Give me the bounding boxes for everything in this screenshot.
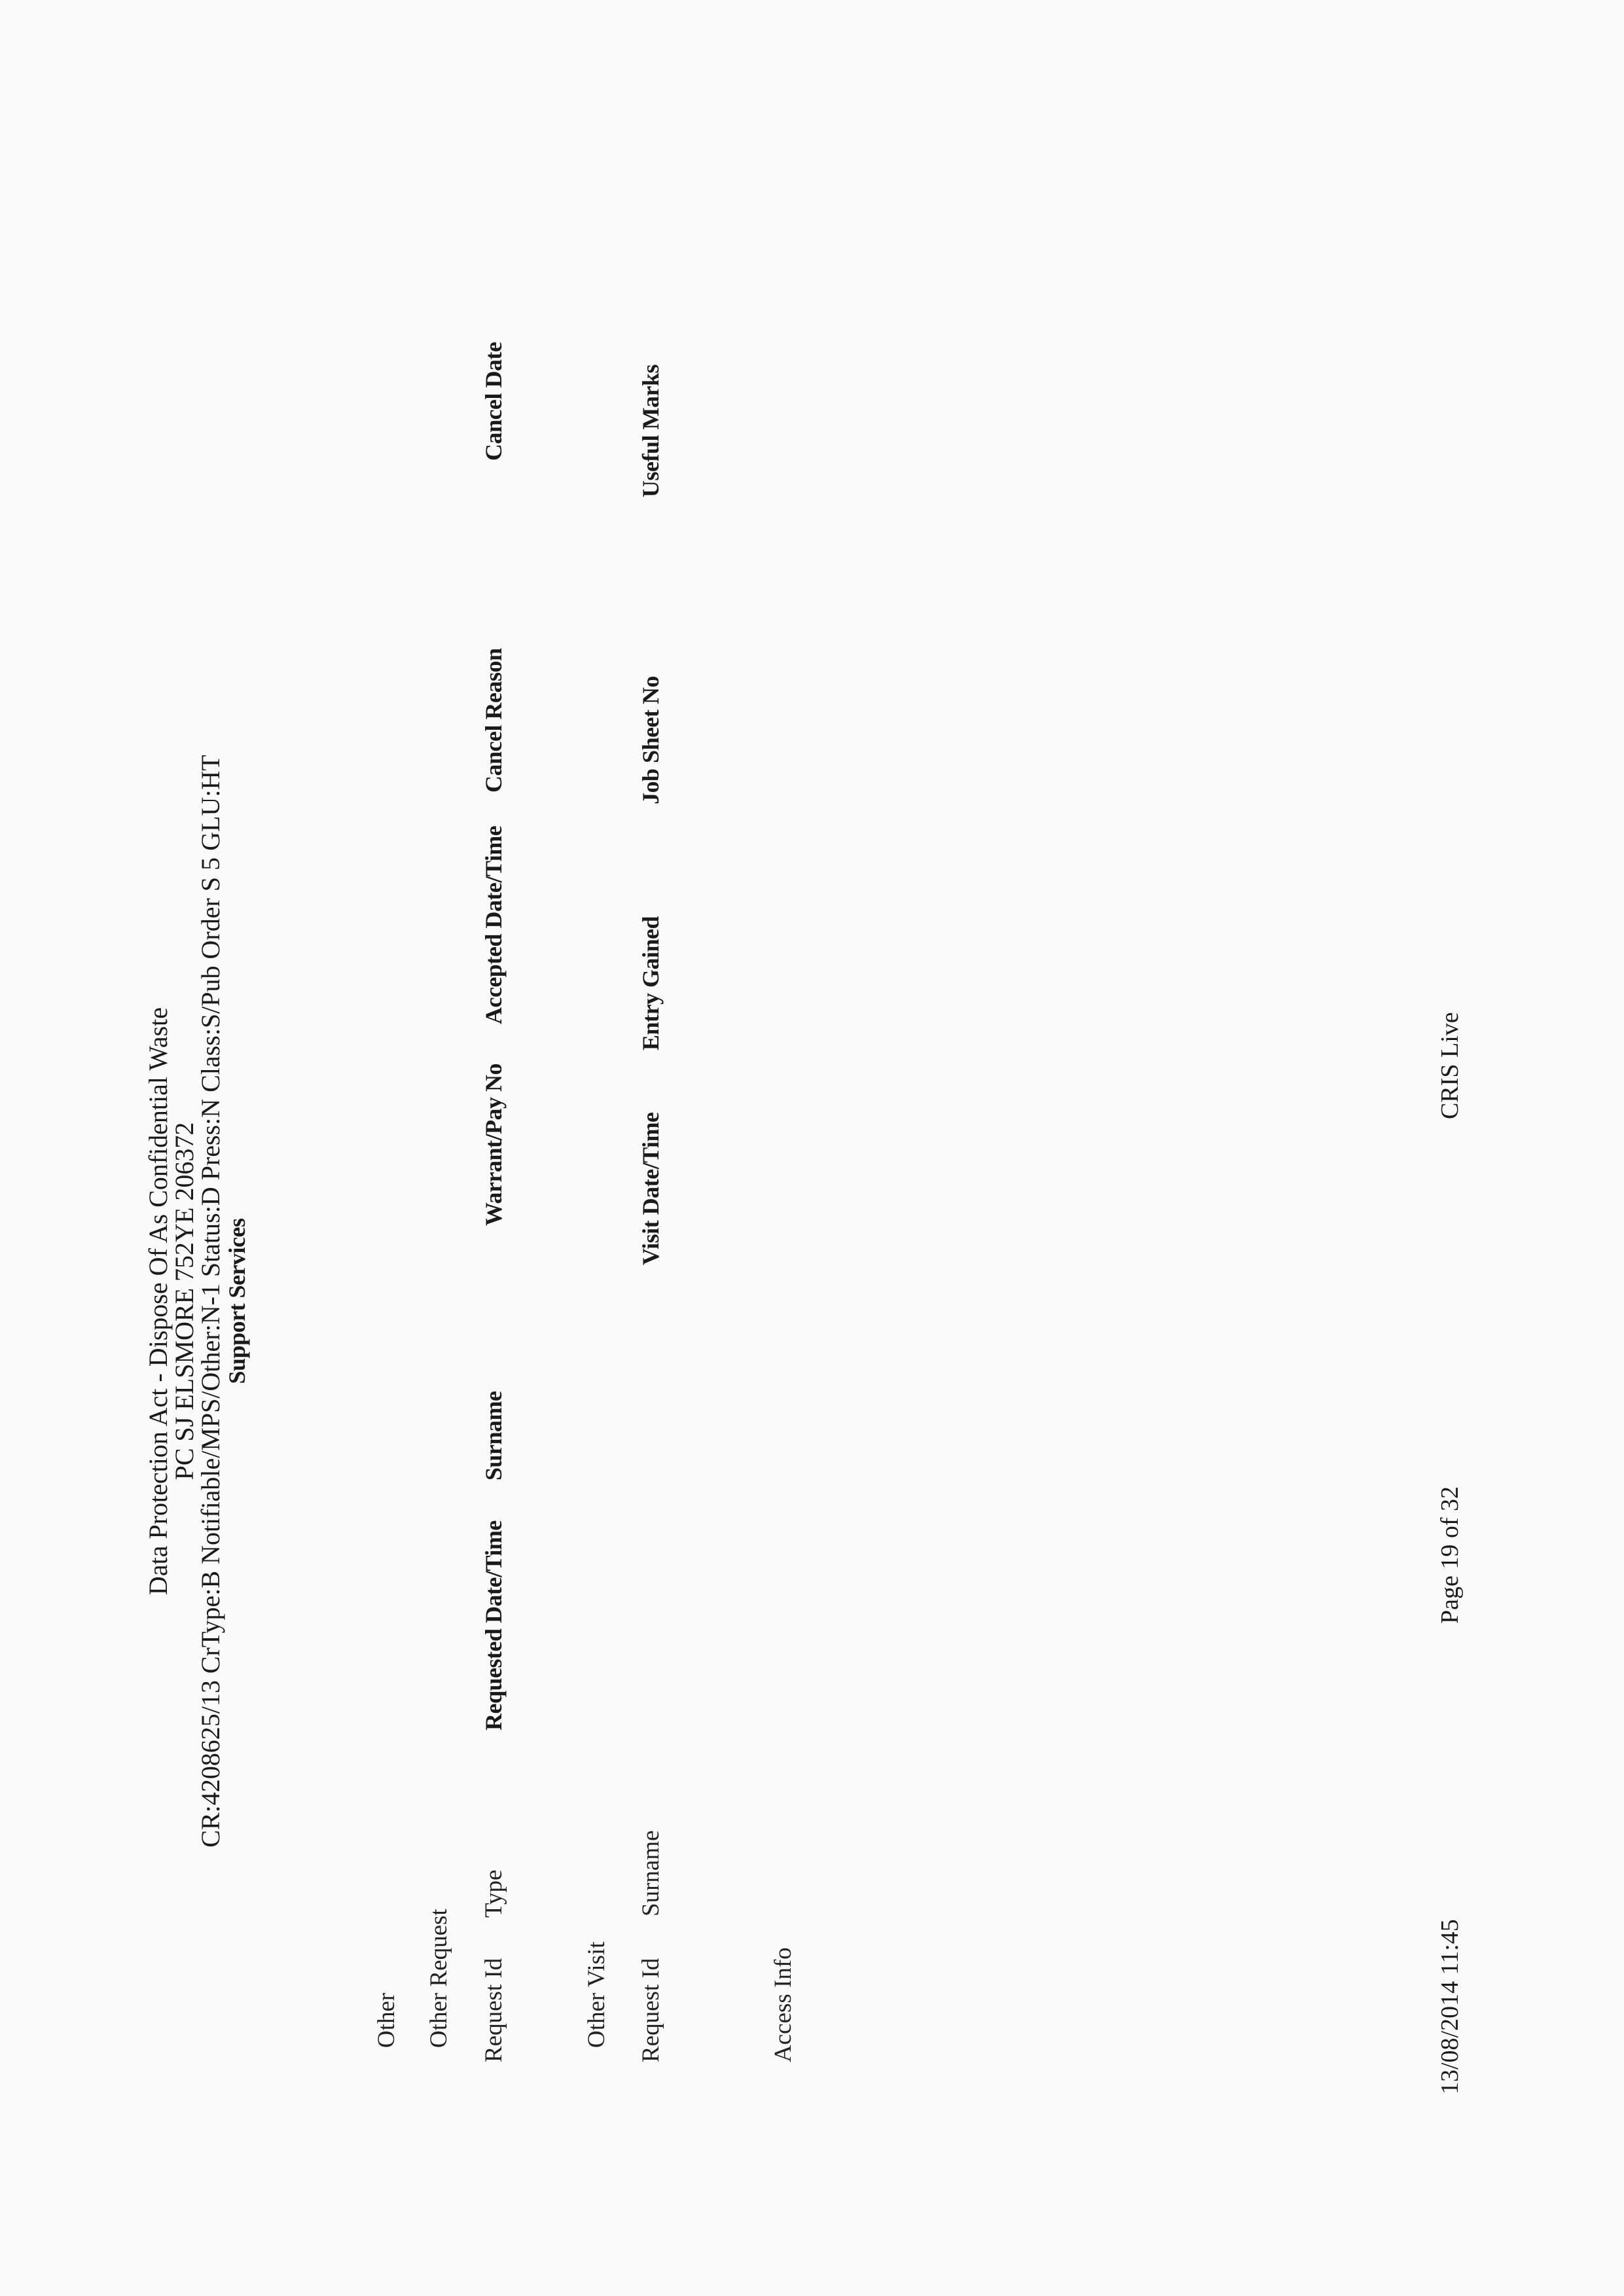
col-cancel-date: Cancel Date [482, 342, 505, 461]
col-job-sheet-no: Job Sheet No [639, 676, 662, 804]
section-other-visit: Other Visit [585, 1941, 609, 2048]
col-visit-surname: Surname [639, 1830, 663, 1916]
col-warrant-pay-no: Warrant/Pay No [482, 1064, 505, 1226]
col-request-id: Request Id [482, 1958, 506, 2062]
footer-page-number: Page 19 of 32 [1437, 1486, 1462, 1624]
col-accepted-datetime: Accepted Date/Time [482, 826, 505, 1024]
crime-reference-line: CR:4208625/13 CrType:B Notifiable/MPS/Ot… [198, 306, 224, 2296]
document-page: Data Protection Act - Dispose Of As Conf… [0, 0, 1624, 2296]
col-cancel-reason: Cancel Reason [482, 649, 505, 793]
officer-line: PC SJ ELSMORE 752YE 206372 [171, 306, 198, 2296]
col-visit-datetime: Visit Date/Time [639, 1113, 662, 1265]
footer-printed-datetime: 13/08/2014 11:45 [1437, 1919, 1462, 2094]
col-entry-gained: Entry Gained [639, 916, 662, 1050]
col-requested-datetime: Requested Date/Time [482, 1520, 505, 1731]
col-useful-marks: Useful Marks [639, 365, 662, 497]
footer-system-name: CRIS Live [1437, 1012, 1462, 1119]
document-title: Data Protection Act - Dispose Of As Conf… [145, 306, 171, 2296]
col-visit-request-id: Request Id [639, 1958, 663, 2062]
section-access-info: Access Info [771, 1947, 795, 2062]
section-other-request: Other Request [427, 1909, 451, 2048]
col-type: Type [482, 1870, 506, 1918]
unit-line: Support Services [225, 306, 249, 2296]
col-surname: Surname [482, 1391, 505, 1480]
section-other: Other [374, 1993, 399, 2048]
